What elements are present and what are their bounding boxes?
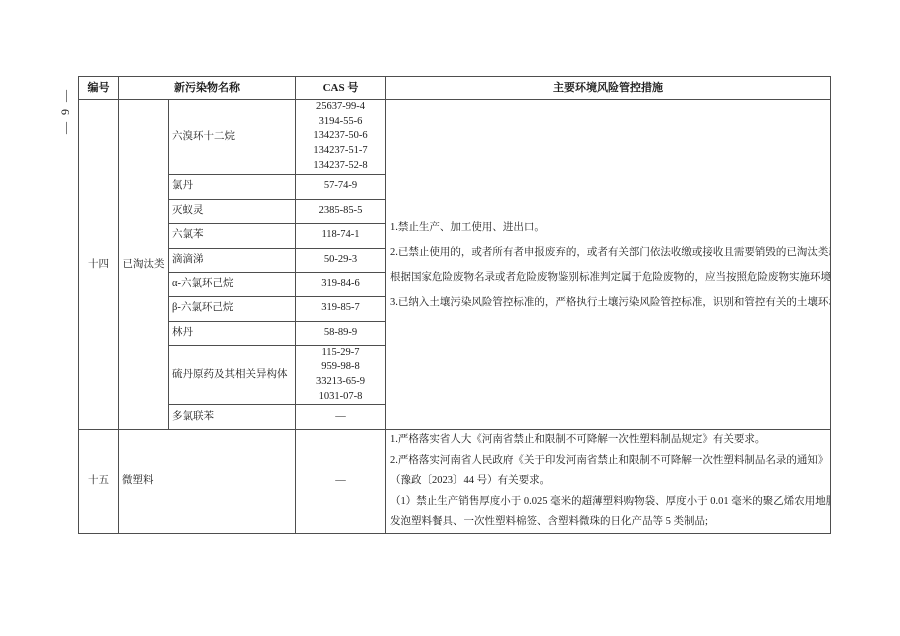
cas-value: —: [296, 405, 386, 430]
cas-value: 25637-99-4: [296, 100, 385, 115]
page-number: — 9 —: [58, 78, 74, 144]
cas-cell: 115-29-7 959-98-8 33213-65-9 1031-07-8: [296, 345, 386, 405]
cas-value: 50-29-3: [296, 248, 386, 272]
pollutant-name: 微塑料: [119, 430, 296, 534]
pollutant-name: 六氯苯: [169, 223, 296, 248]
header-measures: 主要环境风险管控措施: [386, 77, 831, 100]
cas-value: 134237-52-8: [296, 159, 385, 174]
cas-value: 115-29-7: [296, 346, 385, 361]
pollutant-name: 六溴环十二烷: [169, 100, 296, 175]
row14-category: 已淘汰类: [119, 100, 169, 430]
cas-value: 3194-55-6: [296, 115, 385, 130]
measure-line: （豫政〔2023〕44 号）有关要求。: [390, 471, 828, 492]
measure-line: 3.已纳入土壤污染风险管控标准的，严格执行土壤污染风险管控标准，识别和管控有关的…: [390, 290, 828, 315]
row15-measures: 1.严格落实省人大《河南省禁止和限制不可降解一次性塑料制品规定》有关要求。 2.…: [386, 430, 831, 534]
measure-line: 发泡塑料餐具、一次性塑料棉签、含塑料微珠的日化产品等 5 类制品;: [390, 512, 828, 533]
measure-line: 1.禁止生产、加工使用、进出口。: [390, 215, 828, 240]
table-header-row: 编号 新污染物名称 CAS 号 主要环境风险管控措施: [79, 77, 831, 100]
pollutant-name: 滴滴涕: [169, 248, 296, 272]
cas-value: 134237-50-6: [296, 129, 385, 144]
row14-number: 十四: [79, 100, 119, 430]
cas-value: 1031-07-8: [296, 390, 385, 405]
table-row: 十四 已淘汰类 六溴环十二烷 25637-99-4 3194-55-6 1342…: [79, 100, 831, 175]
pollutant-name: 硫丹原药及其相关异构体: [169, 345, 296, 405]
pollutant-name: 林丹: [169, 321, 296, 345]
measure-line: 根据国家危险废物名录或者危险废物鉴别标准判定属于危险废物的，应当按照危险废物实施…: [390, 265, 828, 290]
cas-value: 319-85-7: [296, 296, 386, 321]
measure-line: 1.严格落实省人大《河南省禁止和限制不可降解一次性塑料制品规定》有关要求。: [390, 430, 828, 451]
cas-value: 959-98-8: [296, 360, 385, 375]
row14-measures: 1.禁止生产、加工使用、进出口。 2.已禁止使用的，或者所有者申报废弃的，或者有…: [386, 100, 831, 430]
cas-value: 134237-51-7: [296, 144, 385, 159]
cas-value: 118-74-1: [296, 223, 386, 248]
cas-value: 33213-65-9: [296, 375, 385, 390]
pollutant-name: β-六氯环己烷: [169, 296, 296, 321]
cas-value: 2385-85-5: [296, 199, 386, 223]
pollutant-name: 氯丹: [169, 174, 296, 199]
cas-value: 58-89-9: [296, 321, 386, 345]
table-row: 十五 微塑料 — 1.严格落实省人大《河南省禁止和限制不可降解一次性塑料制品规定…: [79, 430, 831, 534]
cas-cell: 25637-99-4 3194-55-6 134237-50-6 134237-…: [296, 100, 386, 175]
header-cas: CAS 号: [296, 77, 386, 100]
row15-number: 十五: [79, 430, 119, 534]
cas-value: —: [296, 430, 386, 534]
pollutants-table: 编号 新污染物名称 CAS 号 主要环境风险管控措施 十四 已淘汰类 六溴环十二…: [78, 76, 831, 534]
measure-line: 2.已禁止使用的，或者所有者申报废弃的，或者有关部门依法收缴或接收且需要销毁的已…: [390, 240, 828, 265]
pollutant-name: α-六氯环己烷: [169, 272, 296, 296]
measure-line: 2.严格落实河南省人民政府《关于印发河南省禁止和限制不可降解一次性塑料制品名录的…: [390, 451, 828, 472]
cas-value: 319-84-6: [296, 272, 386, 296]
pollutant-name: 灭蚁灵: [169, 199, 296, 223]
cas-value: 57-74-9: [296, 174, 386, 199]
document-page: — 9 — 编号 新污染物名称 CAS 号 主要环境风险管控措施 十四 已淘汰类…: [0, 0, 900, 636]
header-pollutant-name: 新污染物名称: [119, 77, 296, 100]
pollutant-name: 多氯联苯: [169, 405, 296, 430]
measure-line: （1）禁止生产销售厚度小于 0.025 毫米的超薄塑料购物袋、厚度小于 0.01…: [390, 492, 828, 513]
header-no: 编号: [79, 77, 119, 100]
